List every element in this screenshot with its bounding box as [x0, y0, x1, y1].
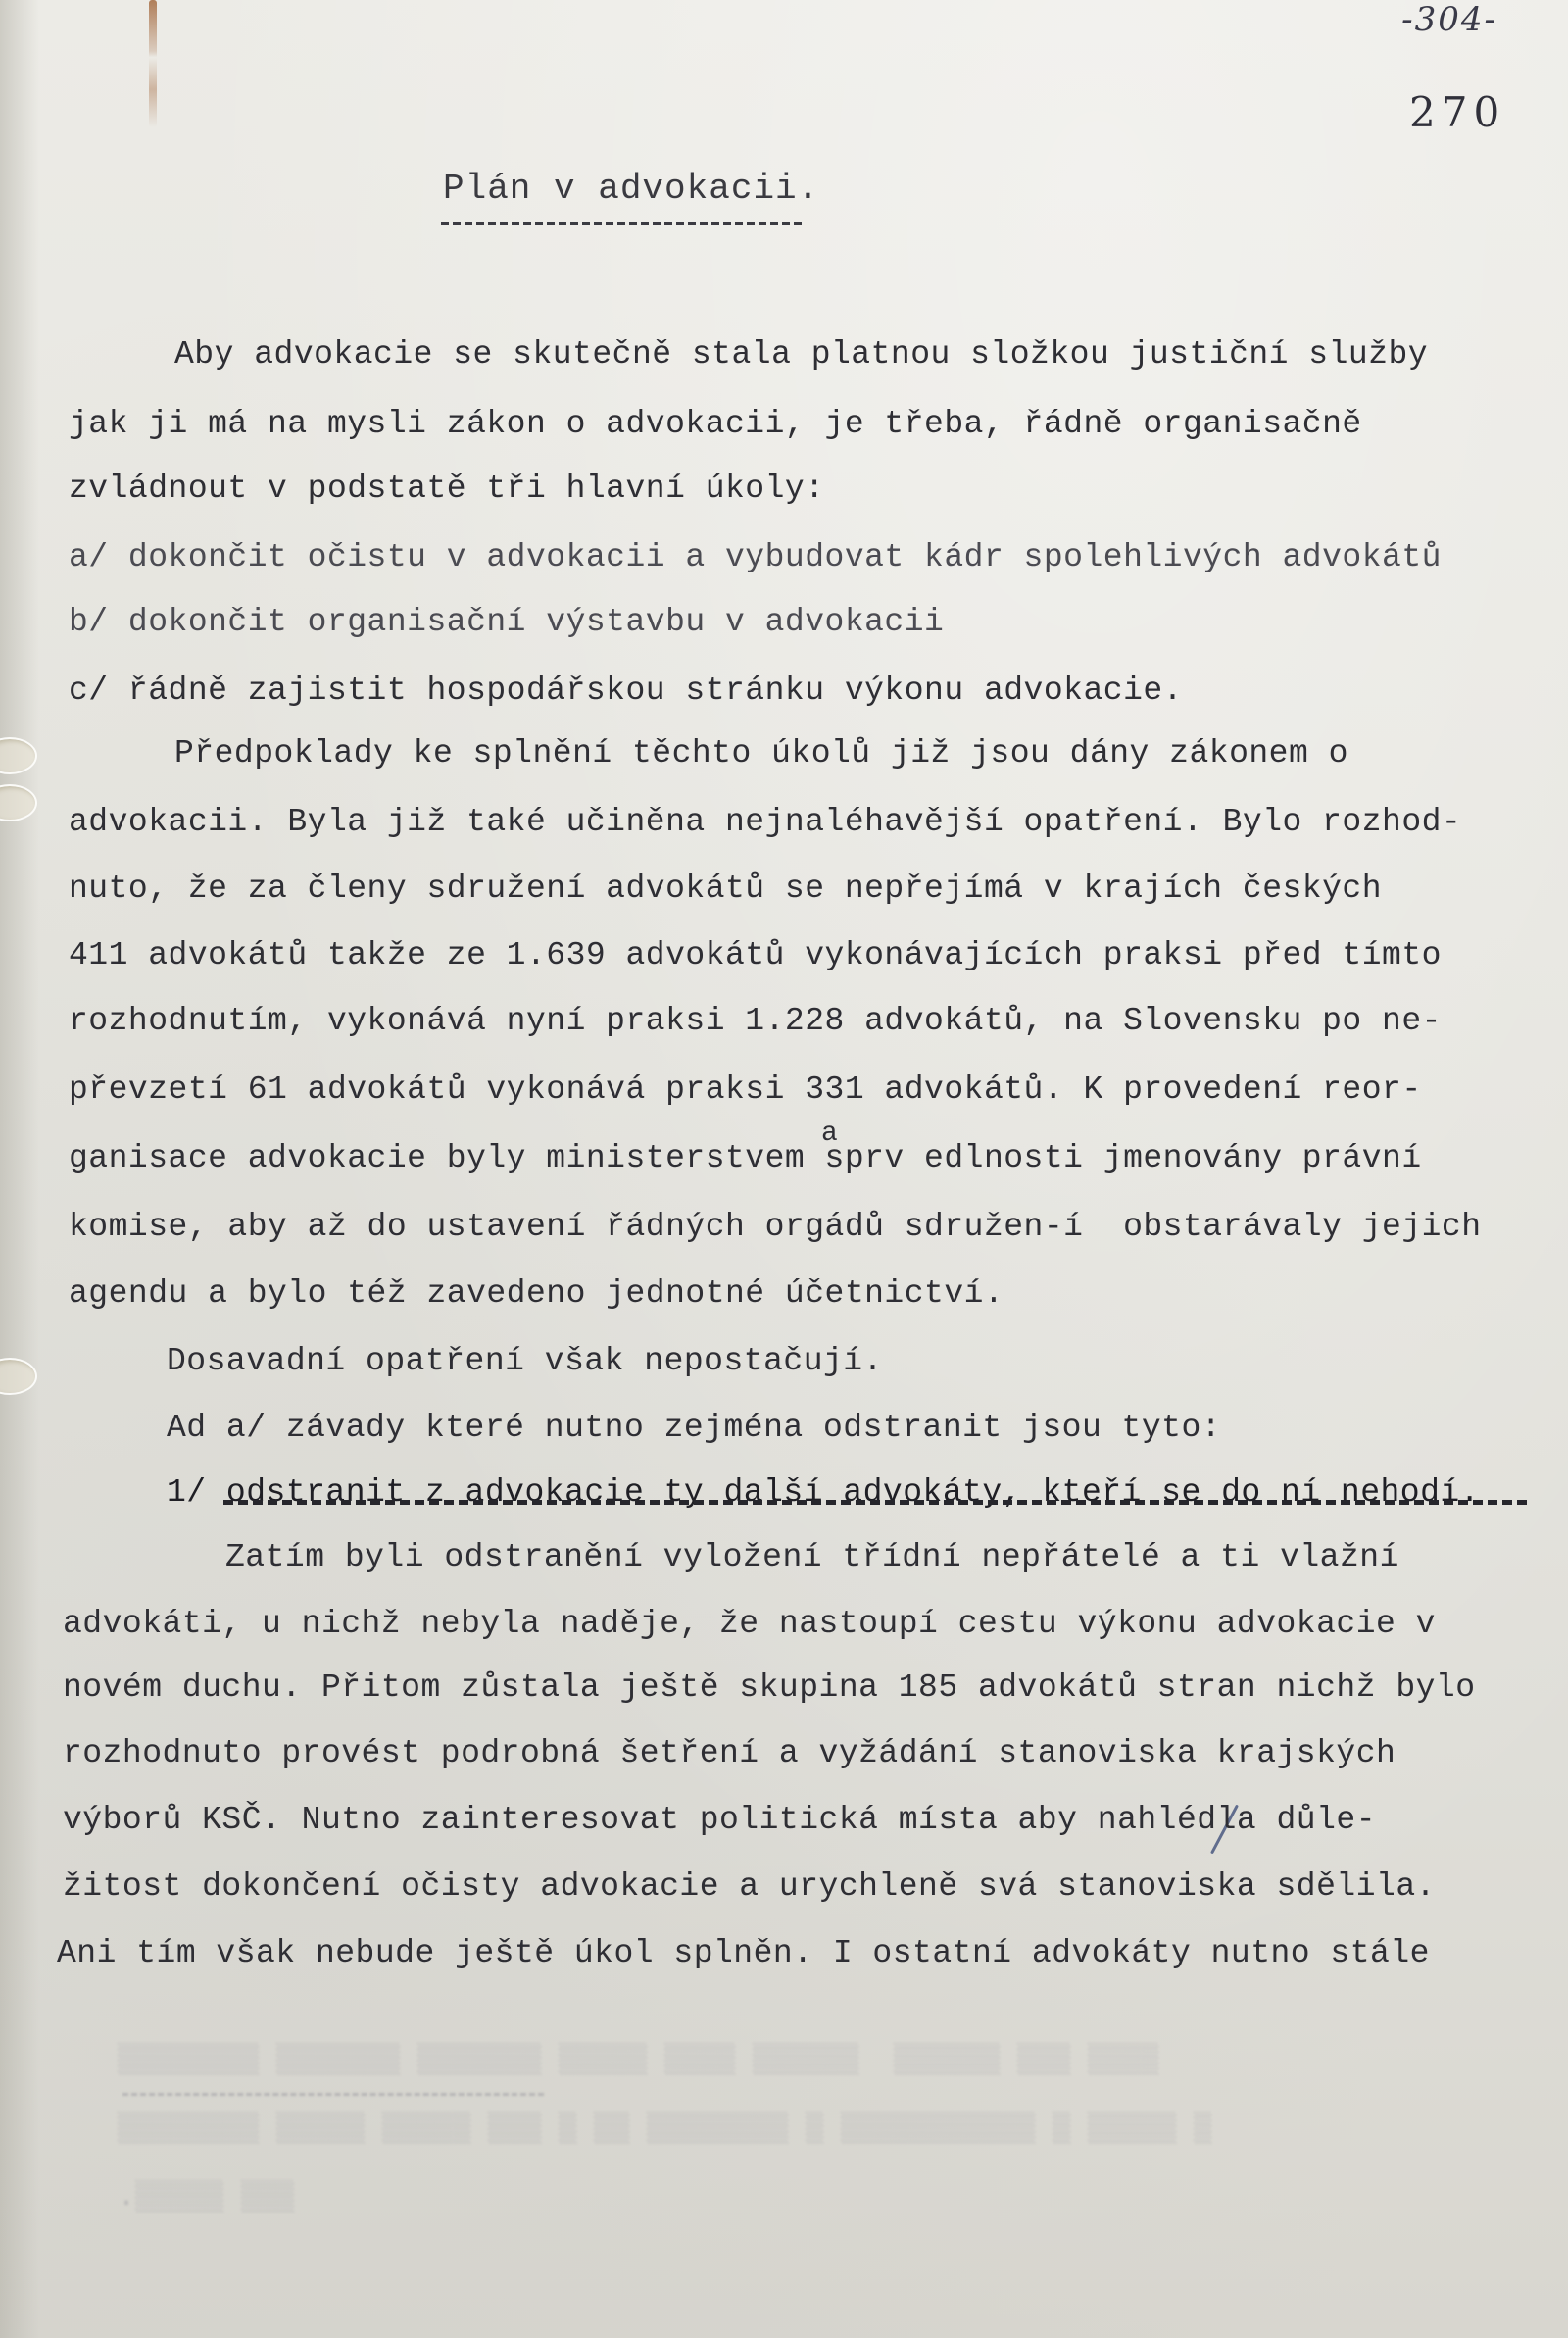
document-title: Plán v advokacii. — [443, 169, 819, 209]
rust-stain — [149, 0, 157, 127]
body-line: Zatím byli odstranění vyložení třídní ne… — [225, 1541, 1399, 1573]
body-line: komise, aby až do ustavení řádných orgád… — [69, 1211, 1482, 1243]
bleed-through-underline — [122, 2093, 544, 2096]
body-line: ganisace advokacie byly ministerstvem sp… — [69, 1142, 1422, 1174]
body-line: advokáti, u nichž nebyla naděje, že nast… — [63, 1608, 1436, 1640]
body-line: výborů KSČ. Nutno zainteresovat politick… — [63, 1804, 1376, 1836]
list-item-a: a/ dokončit očistu v advokacii a vybudov… — [69, 541, 1442, 573]
page-edge-shadow — [0, 0, 39, 2338]
list-item-c: c/ řádně zajistit hospodářskou stránku v… — [69, 674, 1183, 707]
list-item-1-underline — [223, 1500, 1527, 1505]
body-line: advokacii. Byla již také učiněna nejnalé… — [69, 806, 1461, 838]
archive-number-handwritten: -304- — [1401, 0, 1497, 39]
body-line: zvládnout v podstatě tři hlavní úkoly: — [69, 473, 825, 505]
page-number: 270 — [1409, 88, 1505, 136]
body-line: Předpoklady ke splnění těchto úkolů již … — [174, 737, 1348, 770]
bleed-through-text: ▒ ▒▒▒▒▒ ▒ ▒▒▒▒▒▒▒▒▒▒▒ ▒ ▒▒▒▒▒▒▒▒ ▒▒ ▒ ▒▒… — [118, 2113, 1211, 2146]
body-line: Aby advokacie se skutečně stala platnou … — [174, 338, 1428, 371]
list-item-b: b/ dokončit organisační výstavbu v advok… — [69, 606, 944, 638]
bleed-through-text: ▒▒▒ ▒▒▒▒▒. — [118, 2181, 294, 2214]
body-line: jak ji má na mysli zákon o advokacii, je… — [69, 408, 1362, 440]
body-line: rozhodnutím, vykonává nyní praksi 1.228 … — [69, 1005, 1442, 1037]
bleed-through-text: ▒▒▒▒ ▒▒▒ ▒▒▒▒▒▒ ▒▒▒▒▒▒ ▒▒▒▒ ▒▒▒▒▒ ▒▒▒▒▒▒… — [118, 2044, 1158, 2077]
body-line: novém duchu. Přitom zůstala ještě skupin… — [63, 1671, 1476, 1704]
body-line: nuto, že za členy sdružení advokátů se n… — [69, 872, 1382, 905]
body-line: Dosavadní opatření však nepostačují. — [167, 1345, 883, 1377]
document-page: -304- 270 Plán v advokacii. ▒▒▒▒ ▒▒▒ ▒▒▒… — [0, 0, 1568, 2338]
body-line: Ani tím však nebude ještě úkol splněn. I… — [57, 1937, 1430, 1969]
section-heading: Ad a/ závady které nutno zejména odstran… — [167, 1412, 1221, 1444]
body-line: agendu a bylo též zavedeno jednotné účet… — [69, 1277, 1004, 1310]
body-line: převzetí 61 advokátů vykonává praksi 331… — [69, 1073, 1422, 1106]
body-line: 411 advokátů takže ze 1.639 advokátů vyk… — [69, 939, 1442, 971]
body-line: rozhodnuto provést podrobná šetření a vy… — [63, 1737, 1396, 1769]
body-line: žitost dokončení očisty advokacie a uryc… — [63, 1870, 1436, 1903]
title-underline — [441, 222, 802, 225]
